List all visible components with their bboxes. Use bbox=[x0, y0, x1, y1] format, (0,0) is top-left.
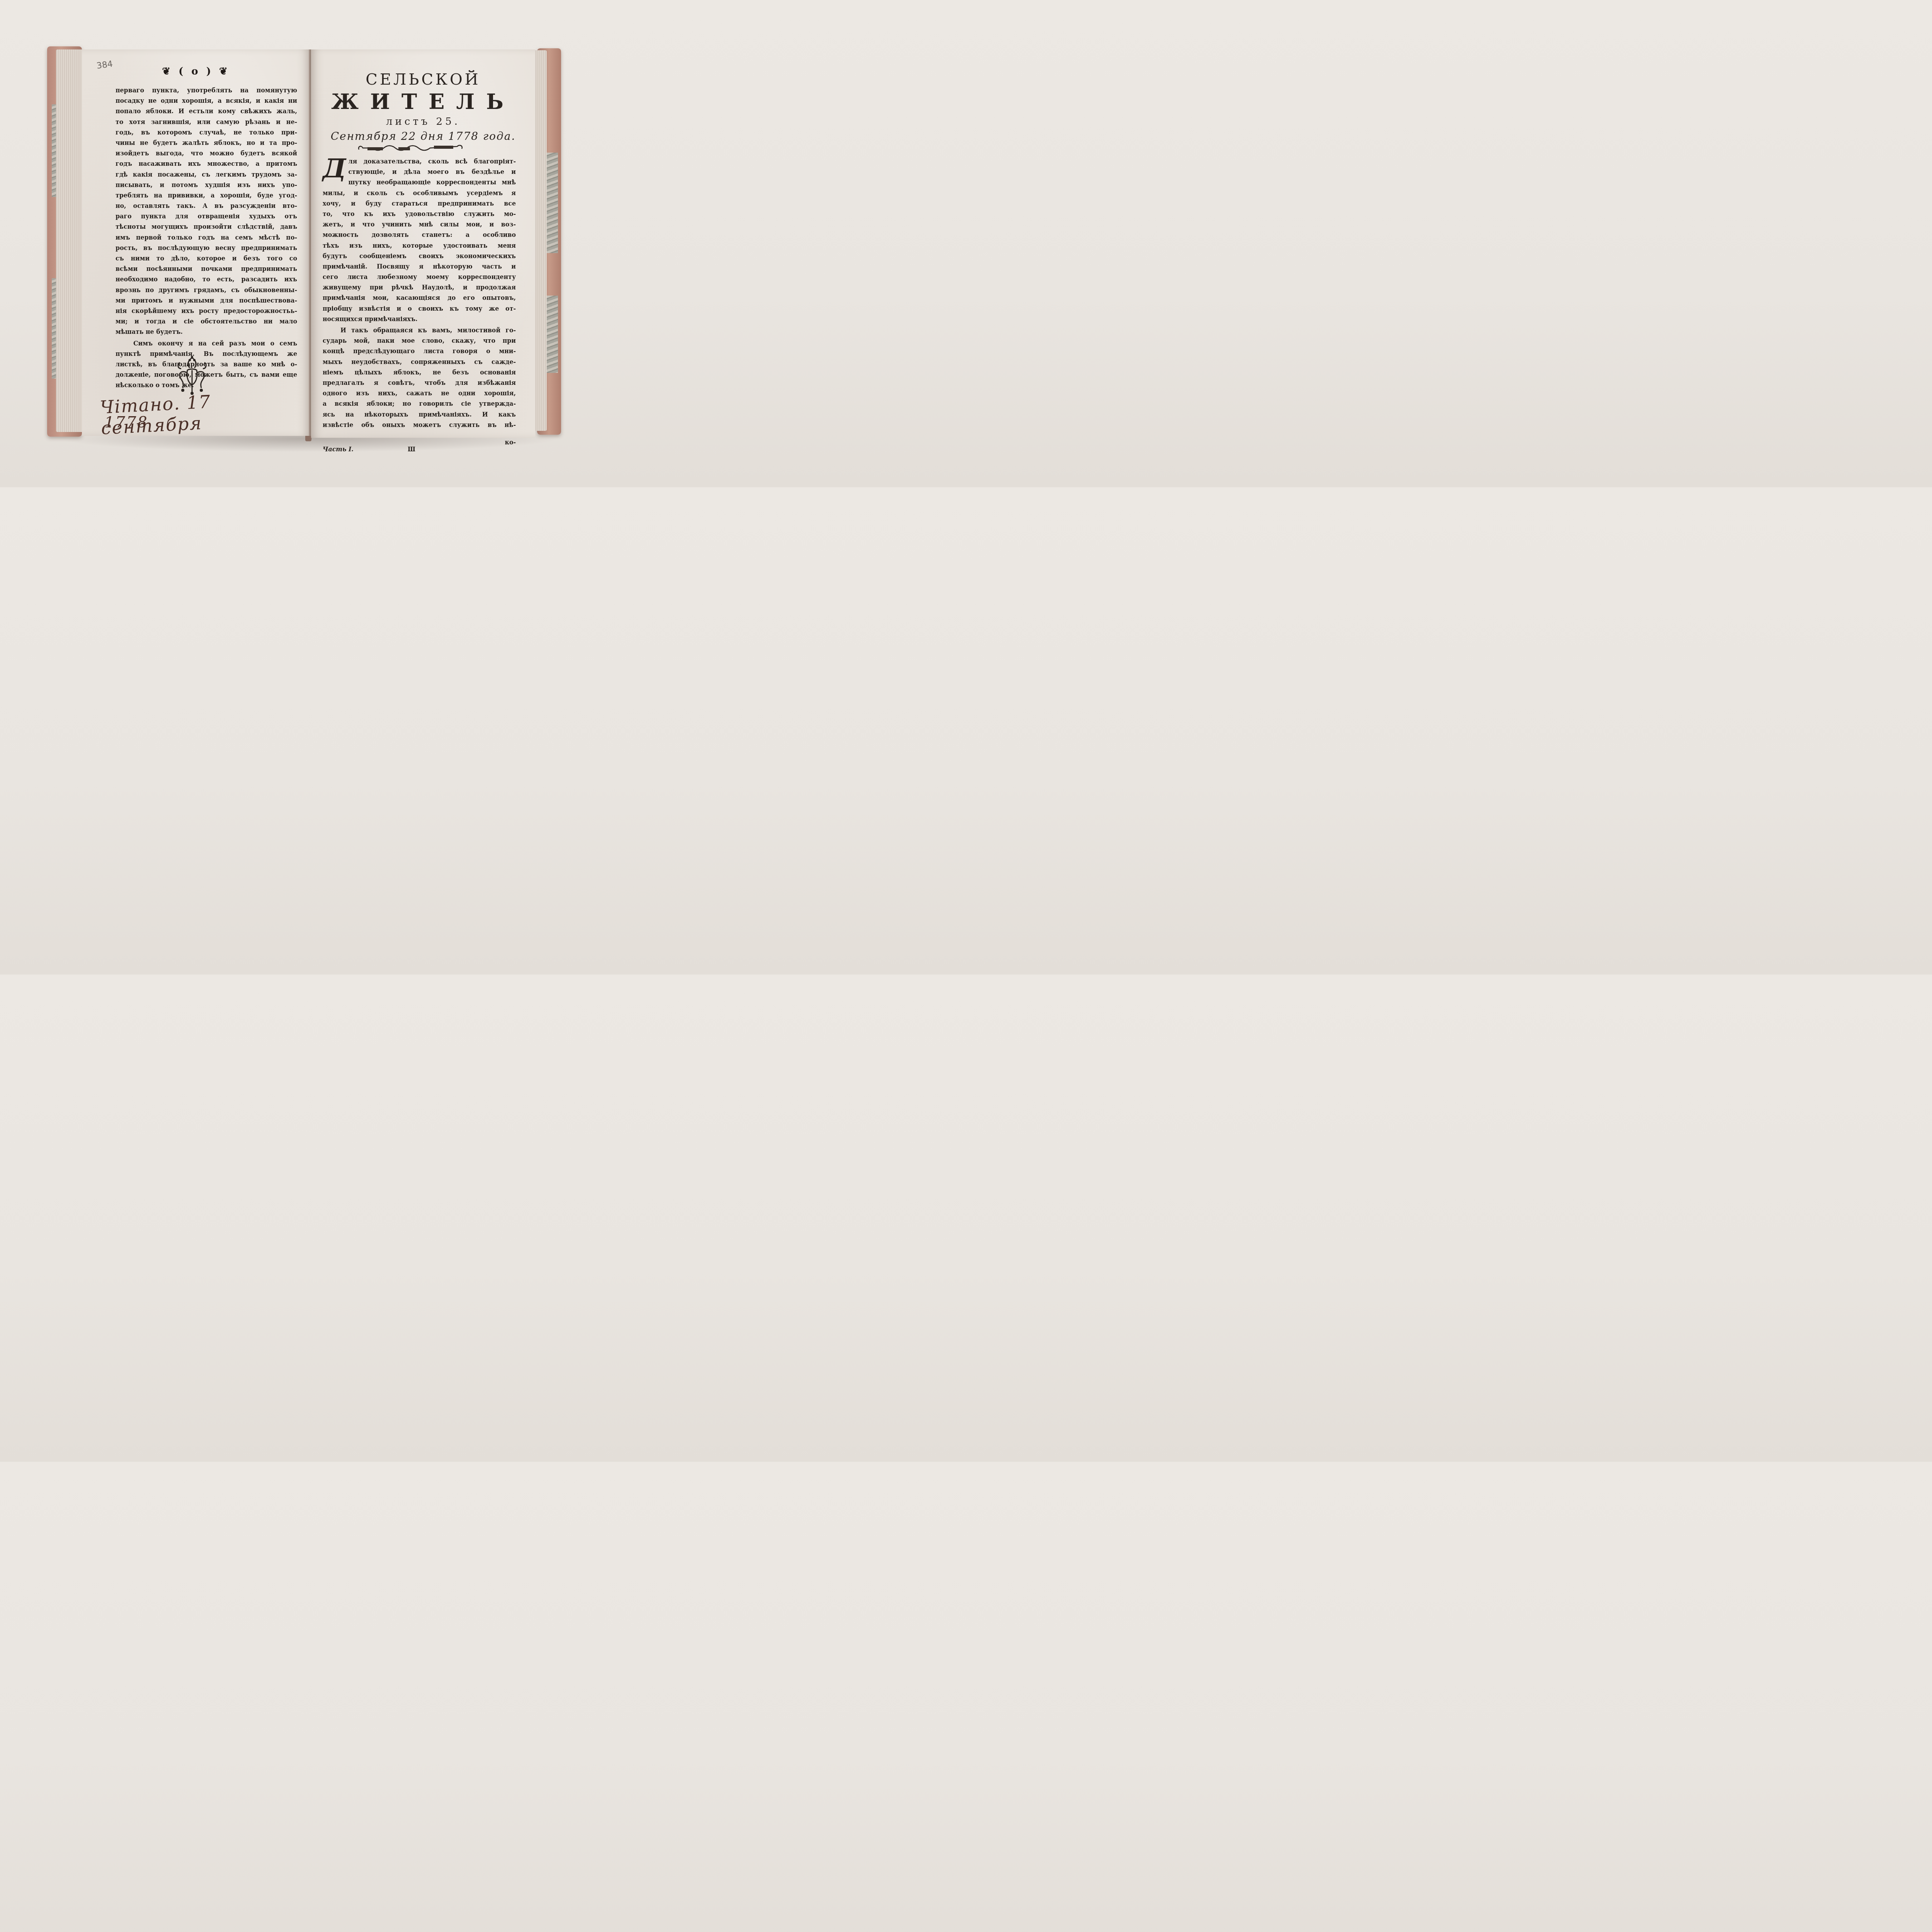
text-line: изойдетъ выгода, что можно будетъ всякой bbox=[116, 148, 297, 158]
text-line: живущему при рѣчкѣ Наудолѣ, и продолжая bbox=[323, 282, 516, 293]
text-line: имъ первой только годъ на семъ мѣстѣ по- bbox=[116, 232, 297, 243]
left-body-text: перваго пункта, употреблять на помянутую… bbox=[116, 85, 297, 390]
text-line: примѣчанія мои, касающіяся до его опытов… bbox=[323, 293, 516, 303]
signature-mark: Ш bbox=[408, 446, 415, 453]
text-line: сударь мой, паки мое слово, скажу, что п… bbox=[323, 335, 516, 346]
left-page-block-edges bbox=[56, 49, 83, 432]
text-line: перваго пункта, употреблять на помянутую bbox=[116, 85, 297, 95]
text-line: мѣшать не будетъ. bbox=[116, 327, 297, 337]
text-line: одного изъ нихъ, сажать не одни хорошія, bbox=[323, 388, 516, 398]
issue-number: листъ 25. bbox=[311, 116, 535, 128]
text-line: предлагалъ я совѣтъ, чтобъ для избѣжанія bbox=[323, 378, 516, 388]
text-line: сего листа любезному моему корреспондент… bbox=[323, 272, 516, 282]
text-line: концѣ предслѣдующаго листа говоря о мни- bbox=[323, 346, 516, 356]
left-page: 384 ❦ ( o ) ❦ перваго пункта, употреблят… bbox=[82, 49, 310, 436]
text-line: посадку не одни хорошія, а всякія, и как… bbox=[116, 95, 297, 106]
text-line: ніемъ цѣлыхъ яблокъ, не безъ основанія bbox=[323, 367, 516, 378]
text-line: раго пункта для отвращенія худыхъ отъ bbox=[116, 211, 297, 221]
text-line: будутъ сообщеніемъ своихъ экономическихъ bbox=[323, 251, 516, 261]
title-line-2: ЖИТЕЛЬ bbox=[311, 89, 535, 114]
text-line: то, что къ ихъ удовольствію служить мо- bbox=[323, 209, 516, 219]
text-line: хочу, и буду стараться предпринимать все bbox=[323, 198, 516, 209]
text-line: гдѣ какія посажены, съ легкимъ трудомъ з… bbox=[116, 169, 297, 180]
text-line: а всякія яблоки; но говорилъ сіе утвержд… bbox=[323, 398, 516, 409]
text-line: то хотя загнившія, или самую рѣзань и не… bbox=[116, 117, 297, 127]
text-line: ми; и тогда и сіе обстоятельство ни мало bbox=[116, 316, 297, 327]
text-line: И такъ обращаяся къ вамъ, милостивой го- bbox=[323, 325, 516, 335]
text-line: ля доказательства, сколь всѣ благопріят- bbox=[323, 156, 516, 167]
running-head: ❦ ( o ) ❦ bbox=[82, 66, 310, 77]
text-line: можность дозволять станетъ: а особливо bbox=[323, 230, 516, 240]
text-line: годь, въ которомъ случаѣ, не только при- bbox=[116, 127, 297, 138]
text-line: рость, въ послѣдующую весну предпринимат… bbox=[116, 243, 297, 253]
drop-cap: Д bbox=[323, 157, 346, 180]
text-line: попало яблоки. И естьли кому свѣжихъ жал… bbox=[116, 106, 297, 116]
text-line: извѣстіе объ оныхъ можетъ служить въ нѣ- bbox=[323, 420, 516, 430]
text-line: ствующіе, и дѣла моего въ бездѣлье и bbox=[323, 167, 516, 177]
right-body-text: Д ля доказательства, сколь всѣ благопрія… bbox=[323, 156, 516, 430]
part-label: Часть I. bbox=[323, 446, 354, 453]
text-line: шутку необращающіе корреспонденты мнѣ bbox=[323, 177, 516, 187]
text-line: врознь по другимъ грядамъ, съ обыкновенн… bbox=[116, 285, 297, 295]
text-line: Симъ окончу я на сей разъ мои о семъ bbox=[116, 338, 297, 349]
text-line: пріобщу извѣстія и о своихъ къ тому же о… bbox=[323, 303, 516, 314]
text-line: писывать, и потомъ худшія изъ нихъ упо- bbox=[116, 180, 297, 190]
handwritten-note-year: 1778 bbox=[104, 413, 148, 431]
text-line: примѣчаній. Посвящу я нѣкоторую часть и bbox=[323, 261, 516, 272]
text-line: треблять на прививки, а хорошія, буде уг… bbox=[116, 190, 297, 201]
text-line: милы, и сколь съ особливымъ усердіемъ я bbox=[323, 188, 516, 198]
catchword: ко- bbox=[505, 439, 516, 446]
scroll-rule-ornament-icon bbox=[357, 143, 465, 152]
text-line: съ ними то дѣло, которое и безъ того со bbox=[116, 253, 297, 264]
text-line: мыхъ неудобствахъ, сопряженныхъ съ сажде… bbox=[323, 357, 516, 367]
text-line: тѣсноты могущихъ произойти слѣдствій, да… bbox=[116, 221, 297, 232]
issue-date: Сентября 22 дня 1778 года. bbox=[311, 130, 535, 143]
text-line: необходимо надобно, то есть, разсадить и… bbox=[116, 274, 297, 284]
title-line-1: СЕЛЬСКОЙ bbox=[311, 71, 535, 88]
text-line: носящихся примѣчаніяхъ. bbox=[323, 314, 516, 324]
text-line: ми притомъ и нужными для поспѣшествова- bbox=[116, 295, 297, 306]
text-line: но, оставлять такъ. А въ разсужденіи вто… bbox=[116, 201, 297, 211]
headband-tab bbox=[305, 436, 311, 441]
fleuron-ornament-icon bbox=[173, 355, 211, 397]
text-line: ясь на нѣкоторыхъ примѣчаніяхъ. И какъ bbox=[323, 409, 516, 420]
text-line: всѣми посѣянными почками предпринимать bbox=[116, 264, 297, 274]
right-page: СЕЛЬСКОЙ ЖИТЕЛЬ листъ 25. Сентября 22 дн… bbox=[311, 49, 535, 438]
text-line: чины не будетъ жалѣть яблокъ, но и та пр… bbox=[116, 138, 297, 148]
text-line: годъ насаживать ихъ множество, а притомъ bbox=[116, 158, 297, 169]
text-line: жетъ, и что учинить мнѣ силы мои, и воз- bbox=[323, 219, 516, 230]
text-line: тѣхъ изъ нихъ, которые удостоивать меня bbox=[323, 240, 516, 251]
text-line: нія скорѣйшему ихъ росту предосторожност… bbox=[116, 306, 297, 316]
